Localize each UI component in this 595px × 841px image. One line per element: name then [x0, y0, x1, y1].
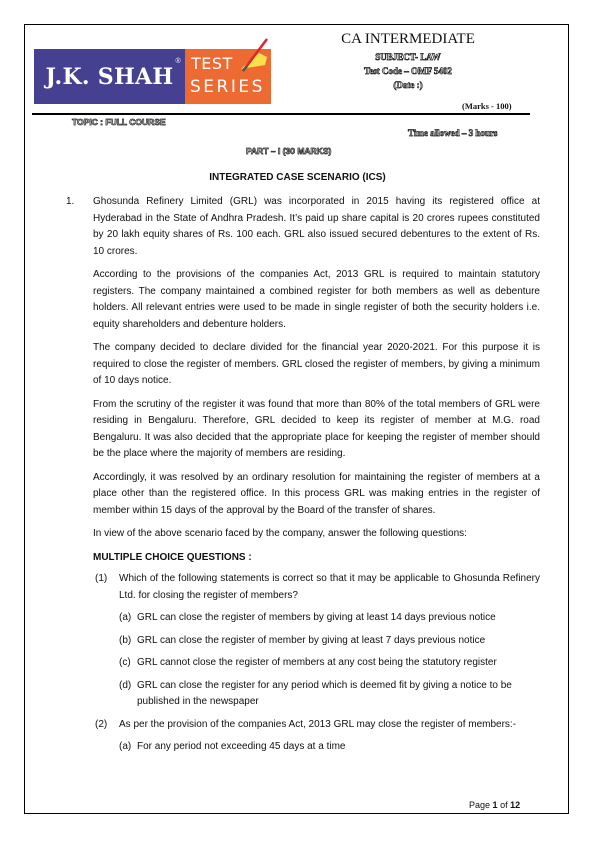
instruction-paragraph: In view of the above scenario faced by t… [93, 526, 540, 543]
page-current: 1 [493, 800, 498, 810]
topic-label: TOPIC : FULL COURSE [72, 117, 166, 127]
mcq-number: (1) [95, 571, 119, 604]
logo-series-text: SERIES [190, 77, 265, 97]
logo-brand-text: J.K. SHAH [45, 64, 173, 90]
mcq-text: Which of the following statements is cor… [119, 571, 540, 604]
option-label: (b) [119, 633, 137, 650]
mcq-option: (b) GRL can close the register of member… [119, 633, 540, 650]
page-number: Page 1 of 12 [469, 800, 520, 810]
scenario-paragraph: Ghosunda Refinery Limited (GRL) was inco… [93, 194, 540, 260]
mcq-option: (a) For any period not exceeding 45 days… [119, 739, 540, 756]
logo-brand-block: J.K. SHAH ® [34, 49, 185, 104]
mcq-number: (2) [95, 717, 119, 734]
exam-level-title: CA INTERMEDIATE [318, 31, 498, 48]
option-text: GRL can close the register of members by… [137, 610, 540, 627]
mcq-heading: MULTIPLE CHOICE QUESTIONS : [93, 550, 540, 567]
part-label: PART – I (30 MARKS) [246, 146, 331, 156]
scenario-paragraph: From the scrutiny of the register it was… [93, 397, 540, 463]
registered-mark: ® [176, 58, 181, 65]
option-label: (a) [119, 610, 137, 627]
option-label: (a) [119, 739, 137, 756]
mcq-question: (1) Which of the following statements is… [95, 571, 540, 604]
pen-icon [231, 35, 271, 79]
mcq-option: (a) GRL can close the register of member… [119, 610, 540, 627]
option-text: GRL can close the register for any perio… [137, 678, 540, 711]
question-body: 1. Ghosunda Refinery Limited (GRL) was i… [66, 194, 540, 762]
marks-label: (Marks - 100) [462, 101, 512, 111]
option-text: GRL cannot close the register of members… [137, 655, 540, 672]
page-total: 12 [510, 800, 520, 810]
scenario-paragraph: According to the provisions of the compa… [93, 267, 540, 333]
mcq-text: As per the provision of the companies Ac… [119, 717, 540, 734]
page-prefix: Page [469, 800, 490, 810]
question-number: 1. [66, 194, 93, 267]
subject-label: SUBJECT- LAW [318, 52, 498, 62]
section-title: INTEGRATED CASE SCENARIO (ICS) [0, 172, 595, 183]
question-1: 1. Ghosunda Refinery Limited (GRL) was i… [66, 194, 540, 267]
scenario-paragraph: Accordingly, it was resolved by an ordin… [93, 470, 540, 520]
page-of: of [500, 800, 508, 810]
option-label: (d) [119, 678, 137, 711]
header-divider [32, 113, 530, 115]
logo-test-series-block: TEST SERIES [185, 49, 271, 104]
mcq-question: (2) As per the provision of the companie… [95, 717, 540, 734]
test-code-label: Test Code – OMF 5402 [318, 66, 498, 76]
date-label: (Date :) [318, 80, 498, 90]
option-label: (c) [119, 655, 137, 672]
mcq-option: (d) GRL can close the register for any p… [119, 678, 540, 711]
time-allowed-label: Time allowed – 3 hours [408, 128, 497, 138]
mcq-option: (c) GRL cannot close the register of mem… [119, 655, 540, 672]
logo-test-text: TEST [191, 54, 233, 73]
jk-shah-test-series-logo: J.K. SHAH ® TEST SERIES [34, 49, 271, 104]
option-text: GRL can close the register of member by … [137, 633, 540, 650]
option-text: For any period not exceeding 45 days at … [137, 739, 540, 756]
scenario-paragraph: The company decided to declare divided f… [93, 340, 540, 390]
